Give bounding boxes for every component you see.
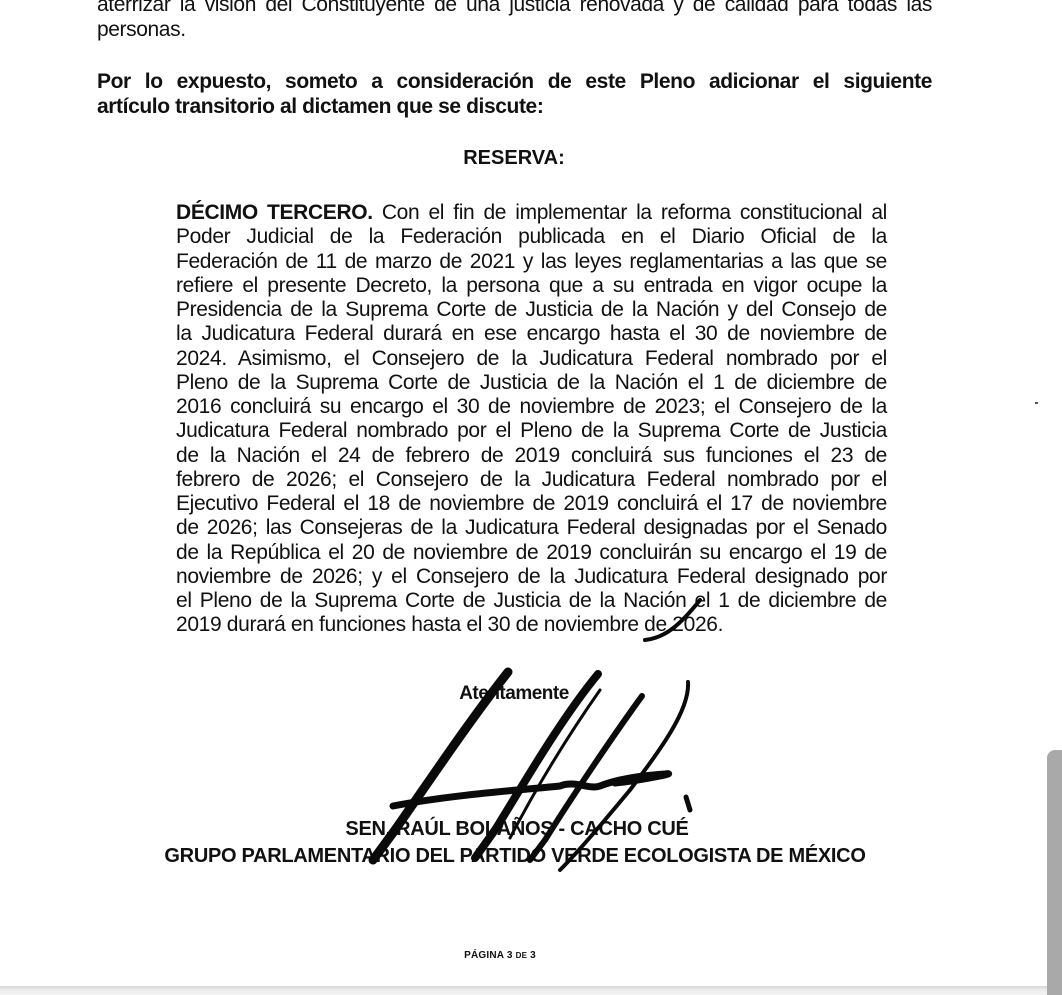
preceding-paragraph: aterrizar la visión del Constituyente de… [97,0,932,42]
article-line: la Judicatura Federal durará en ese enca… [176,322,887,346]
paragraph-line: personas. [97,18,932,43]
current-page: 3 [507,950,513,961]
article-line: febrero de 2026; el Consejero de la Judi… [176,468,887,492]
vertical-scrollbar-thumb[interactable] [1047,750,1062,995]
signer-name: SEN. RAÚL BOLAÑOS - CACHO CUÉ [0,818,1034,841]
article-label: DÉCIMO TERCERO. [176,201,373,224]
article-line: de 2026; las Consejeras de la Judicatura… [176,516,887,540]
article-line-text: Con el fin de implementar la reforma con… [373,201,887,224]
page-bottom-edge [0,986,1062,995]
article-line: Federación de 11 de marzo de 2021 y las … [176,250,887,274]
of-word: DE [516,951,528,960]
article-line: 2024. Asimismo, el Consejero de la Judic… [176,347,887,371]
article-line: Ejecutivo Federal el 18 de noviembre de … [176,492,887,516]
transitional-article: DÉCIMO TERCERO. Con el fin de implementa… [176,201,887,638]
article-line: refiere el presente Decreto, la persona … [176,274,887,298]
article-line: 2019 durará en funciones hasta el 30 de … [176,613,887,637]
article-line: Pleno de la Suprema Corte de Justicia de… [176,371,887,395]
article-line: Poder Judicial de la Federación publicad… [176,225,887,249]
article-line: de la Nación el 24 de febrero de 2019 co… [176,444,887,468]
page-word: PÁGINA [464,950,504,961]
article-first-line: DÉCIMO TERCERO. Con el fin de implementa… [176,201,887,225]
article-line: Presidencia de la Suprema Corte de Justi… [176,298,887,322]
signer-group: GRUPO PARLAMENTARIO DEL PARTIDO VERDE EC… [0,845,1030,868]
closing-salutation: Atentamente [0,683,1028,705]
total-pages: 3 [530,950,536,961]
scan-speck [1035,402,1038,404]
intro-paragraph: Por lo expuesto, someto a consideración … [97,70,932,119]
paragraph-line: artículo transitorio al dictamen que se … [97,95,932,120]
article-line: de la República el 20 de noviembre de 20… [176,541,887,565]
article-line: Judicatura Federal nombrado por el Pleno… [176,419,887,443]
article-line: noviembre de 2026; y el Consejero de la … [176,565,887,589]
section-heading: RESERVA: [0,147,1028,170]
paragraph-line: Por lo expuesto, someto a consideración … [97,70,932,95]
document-page: aterrizar la visión del Constituyente de… [0,0,1062,988]
paragraph-line: aterrizar la visión del Constituyente de… [97,0,932,18]
article-line: 2016 concluirá su encargo el 30 de novie… [176,395,887,419]
page-number: PÁGINA 3 DE 3 [0,950,1000,961]
article-line: el Pleno de la Suprema Corte de Justicia… [176,589,887,613]
